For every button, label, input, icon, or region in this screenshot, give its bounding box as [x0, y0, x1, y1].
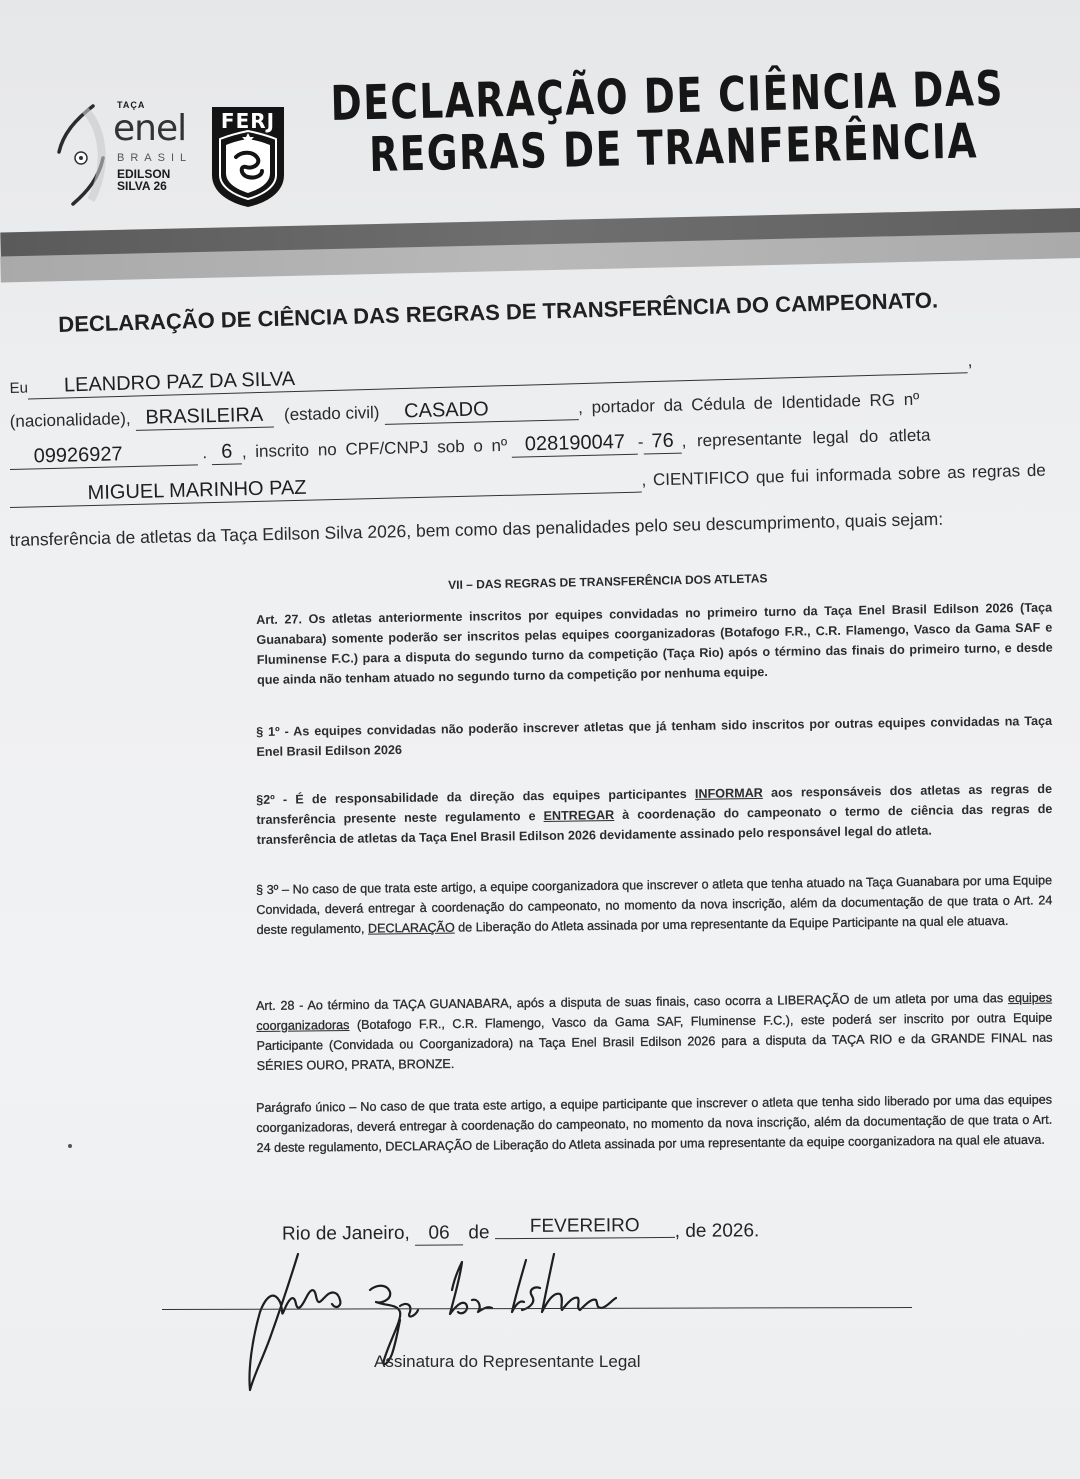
cpf-label: , inscrito no CPF/CNPJ sob o nº [242, 436, 508, 461]
cpf-digit-field[interactable]: 76 [643, 430, 682, 455]
logo-brasil-text: BRASIL [117, 152, 192, 164]
paragrafo-unico: Parágrafo único – No caso de que trata e… [256, 1090, 1053, 1158]
logo-enel-text: enel [113, 108, 186, 149]
p2-informar: INFORMAR [695, 786, 763, 801]
p2-text-a: §2º - É de responsabilidade da direção d… [256, 787, 695, 807]
handwritten-signature-icon [240, 1250, 660, 1400]
date-city: Rio de Janeiro, [282, 1223, 410, 1245]
estado-civil-field[interactable]: CASADO [384, 396, 579, 425]
paragraph-1: § 1º - As equipes convidadas não poderão… [256, 711, 1052, 762]
signature-label: Assinatura do Representante Legal [374, 1352, 641, 1372]
cientifico-text: , CIENTIFICO que fui informada sobre as … [641, 461, 1046, 490]
rg-separator: . [202, 443, 207, 462]
portador-text: , portador da Cédula de Identidade RG nº [578, 390, 920, 417]
form-line-transfer: transferência de atletas da Taça Edilson… [10, 509, 944, 551]
rg-number-field[interactable]: 09926927 [9, 441, 198, 470]
paper-speck [68, 1144, 72, 1148]
date-de: de [468, 1222, 489, 1243]
art28-text-b: (Botafogo F.R., C.R. Flamengo, Vasco da … [256, 1011, 1052, 1073]
p3-text-b: de Liberação do Atleta assinada por uma … [455, 914, 1009, 935]
header-title: DECLARAÇÃO DE CIÊNCIA DAS REGRAS DE TRAN… [330, 66, 863, 182]
p2-entregar: ENTREGAR [543, 808, 614, 823]
logo-edilson-line2: SILVA 26 [117, 180, 170, 192]
cpf-number-field[interactable]: 028190047 [512, 431, 639, 458]
athlete-name-field[interactable]: MIGUEL MARINHO PAZ [9, 469, 641, 508]
logo-edilson-text: EDILSON SILVA 26 [117, 168, 170, 192]
eu-label: Eu [9, 379, 28, 397]
date-day-field[interactable]: 06 [415, 1222, 463, 1245]
paragraph-3: § 3º – No caso de que trata este artigo,… [256, 870, 1053, 940]
estado-civil-label: (estado civil) [284, 403, 380, 424]
paragraph-2: §2º - É de responsabilidade da direção d… [256, 779, 1053, 850]
document-page: TAÇA enel BRASIL EDILSON SILVA 26 FERJ D… [0, 0, 1080, 1479]
article-28: Art. 28 - Ao término da TAÇA GUANABARA, … [256, 988, 1053, 1076]
ferj-label: FERJ [210, 109, 286, 133]
document-title: DECLARAÇÃO DE CIÊNCIA DAS REGRAS DE TRAN… [58, 287, 938, 338]
date-month-field[interactable]: FEVEREIRO [495, 1215, 675, 1239]
date-year: , de 2026. [675, 1220, 760, 1242]
nacionalidade-label: (nacionalidade), [9, 409, 130, 431]
article-27: Art. 27. Os atletas anteriormente inscri… [256, 597, 1053, 689]
ferj-shield-logo: FERJ [210, 105, 286, 209]
rg-digit-field[interactable]: 6 [212, 440, 243, 465]
section-title: VII – DAS REGRAS DE TRANSFERÊNCIA DOS AT… [448, 571, 768, 592]
comma: , [967, 351, 972, 370]
art28-text-a: Art. 28 - Ao término da TAÇA GUANABARA, … [256, 991, 1008, 1013]
enel-swoosh-icon [55, 100, 115, 210]
taca-enel-brasil-logo: TAÇA enel BRASIL EDILSON SILVA 26 [55, 100, 205, 210]
date-line: Rio de Janeiro, 06 de FEVEREIRO, de 2026… [282, 1220, 759, 1246]
p3-declaracao: DECLARAÇÃO [368, 921, 455, 936]
nacionalidade-field[interactable]: BRASILEIRA [135, 404, 274, 431]
representante-text: , representante legal do atleta [681, 426, 930, 451]
